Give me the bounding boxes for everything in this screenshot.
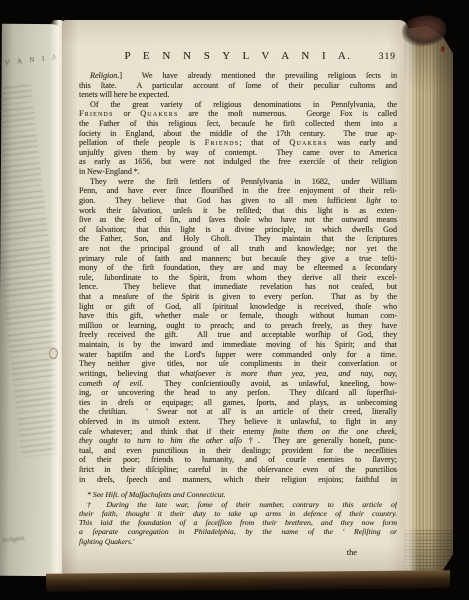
text-line: obſerved in its utmoſt extent. They beli…: [79, 417, 397, 427]
previous-page-catchword: Religion.: [2, 535, 26, 544]
text-line: tual, and even punctilious in their deal…: [79, 446, 397, 456]
running-title: P E N N S Y L V A N I A.: [79, 50, 397, 62]
text-line: fighting Quakers.': [79, 537, 397, 546]
fore-edge-pages: [404, 26, 453, 576]
text-line: the chriſtian. ' Swear not at all' is an…: [79, 407, 397, 417]
text-line: ing, or uncovering the head to any perſo…: [79, 388, 397, 398]
text-line: gion. They believe that God has given to…: [79, 196, 397, 206]
catchword: the: [79, 548, 397, 557]
text-line: Religion.] We have already mentioned the…: [79, 71, 397, 81]
fore-edge-bottom-stack: [404, 530, 453, 576]
text-line: this ſtate. A particular account of ſome…: [79, 81, 397, 91]
text-line: * See Hiſt. of Maſſachuſetts and Connect…: [79, 490, 397, 499]
text-line: primary rule of faith and manners; but b…: [79, 254, 397, 264]
text-line: Of the great variety of religious denomi…: [79, 100, 397, 110]
text-line: rule, ſubordinate to the Spirit, from wh…: [79, 273, 397, 283]
text-line: of their poor; friends to humanity, and …: [79, 455, 397, 465]
text-line: Penn, and have ever ſince flouriſhed in …: [79, 186, 397, 196]
book-photo: V A N I A Religion. P E N N S Y L V A N …: [0, 0, 469, 600]
text-line: ties in dreſs or equipage; all games, ſp…: [79, 398, 397, 408]
text-column: P E N N S Y L V A N I A. 319 Religion.] …: [79, 20, 397, 557]
text-line: as early as 1656, but were not indulged …: [79, 157, 397, 167]
text-line: Friends or Quakers are the moſt numerous…: [79, 109, 397, 119]
footnotes: * See Hiſt. of Maſſachuſetts and Connect…: [79, 490, 397, 546]
text-line: a ſeparate congregation in Philadelphia,…: [79, 527, 397, 536]
corner-speck: [441, 46, 445, 52]
text-line: miſſion or learning, ought to preach; an…: [79, 321, 397, 331]
text-line: in dreſs, ſpeech and manners, which thei…: [79, 475, 397, 485]
page-header: P E N N S Y L V A N I A. 319: [79, 50, 397, 64]
text-line: cometh of evil. They conſcientiouſly avo…: [79, 379, 397, 389]
text-line: They were the firſt ſettlers of Pennſylv…: [79, 177, 397, 187]
text-line: that a meaſure of the Spirit is given to…: [79, 292, 397, 302]
text-line: freely received the gift. All true and a…: [79, 330, 397, 340]
text-line: tenets will here be expected.: [79, 90, 397, 100]
text-line: lence. They believe that immediate revel…: [79, 282, 397, 292]
text-line: the Father of this religious ſect, becau…: [79, 119, 397, 129]
body-text: Religion.] We have already mentioned the…: [79, 71, 397, 484]
text-line: maintain, is by the inward and immediate…: [79, 340, 397, 350]
text-line: They neither give titles, nor uſe compli…: [79, 359, 397, 369]
book-cover-bottom-edge: [46, 570, 450, 592]
text-line: work their ſalvation, unleſs it be reſiſ…: [79, 206, 397, 216]
text-line: ſociety in England, about the middle of …: [79, 129, 397, 139]
text-line: of ſalvation; that this light is a divin…: [79, 225, 397, 235]
text-line: the Father, Son, and Holy Ghoſt. They ma…: [79, 234, 397, 244]
text-line: light or gift of God, all ſpiritual know…: [79, 302, 397, 312]
text-line: ſtrict in their diſcipline; careful in t…: [79, 465, 397, 475]
text-line: in New-England *.: [79, 167, 397, 177]
text-line: their faith, thought it their duty to ta…: [79, 509, 397, 518]
text-line: pellation of theſe people is Friends; th…: [79, 138, 397, 148]
text-line: writings, believing that whatſoever is m…: [79, 369, 397, 379]
page-number: 319: [379, 52, 396, 62]
wormhole-blemish: [49, 348, 58, 359]
text-line: they ought to turn to him the other alſo…: [79, 436, 397, 446]
text-line: caſe whatever; and think that if their e…: [79, 427, 397, 437]
main-page: P E N N S Y L V A N I A. 319 Religion.] …: [62, 20, 408, 574]
text-line: This laid the foundation of a ſeceſſion …: [79, 518, 397, 527]
text-line: have this gift, whether male or female, …: [79, 311, 397, 321]
text-line: † During the late war, ſome of their num…: [79, 500, 397, 509]
text-line: water baptiſm and the Lord's ſupper were…: [79, 350, 397, 360]
text-line: ſive as the ſeed of ſin, and ſaves thoſe…: [79, 215, 397, 225]
text-line: are not the principal ground of all trut…: [79, 244, 397, 254]
text-line: unjuſtly given them by way of contempt. …: [79, 148, 397, 158]
text-line: mony of the firſt foundation, they are a…: [79, 263, 397, 273]
